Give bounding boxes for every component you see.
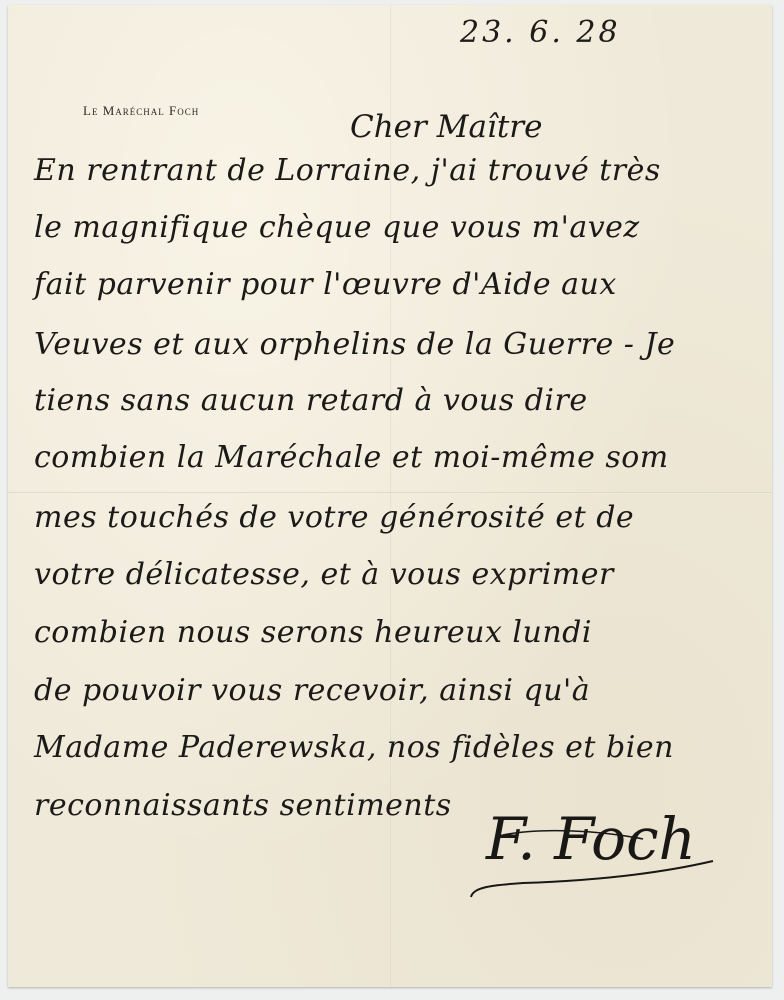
body-line-5: tiens sans aucun retard à vous dire (34, 383, 588, 418)
body-line-11: Madame Paderewska, nos fidèles et bien (34, 730, 674, 765)
body-line-9: combien nous serons heureux lundi (34, 615, 592, 650)
letter-paper: 23. 6. 28 Le Maréchal Foch Cher Maître E… (8, 5, 772, 987)
letter-date: 23. 6. 28 (460, 15, 621, 50)
body-line-1: En rentrant de Lorraine, j'ai trouvé trè… (34, 153, 661, 188)
body-line-7: mes touchés de votre générosité et de (34, 500, 634, 535)
salutation: Cher Maître (350, 109, 542, 145)
body-line-3: fait parvenir pour l'œuvre d'Aide aux (34, 267, 617, 302)
body-line-8: votre délicatesse, et à vous exprimer (34, 557, 614, 592)
signature-flourish-icon (463, 825, 723, 905)
letterhead: Le Maréchal Foch (83, 103, 199, 119)
body-line-2: le magnifique chèque que vous m'avez (34, 210, 640, 245)
body-line-4: Veuves et aux orphelins de la Guerre - J… (34, 327, 675, 362)
body-line-10: de pouvoir vous recevoir, ainsi qu'à (34, 673, 590, 708)
body-line-12: reconnaissants sentiments (34, 788, 452, 823)
body-line-6: combien la Maréchale et moi-même som (34, 440, 669, 475)
